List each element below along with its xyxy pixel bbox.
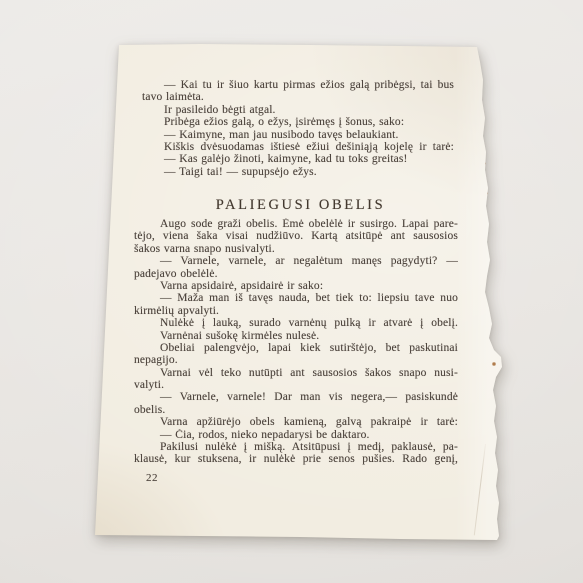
text-line: Obeliai palengvėjo, lapai kiek sutirštėj… <box>134 342 458 354</box>
foxing-spot <box>485 162 488 165</box>
text-line: — Kaimyne, man jau nusibodo tavęs belauk… <box>142 129 454 141</box>
text-line: šakos varna snapo nusivalyti. <box>134 243 458 255</box>
text-line: Varna apsidairė, apsidairė ir sako: <box>134 280 458 292</box>
text-line: — Taigi tai! — supupsėjo ežys. <box>142 166 454 178</box>
text-line: klausė, kur stuksena, ir nulėkė prie sen… <box>134 453 458 465</box>
page-shadow: — Kai tu ir šiuo kartu pirmas ežios galą… <box>0 0 583 583</box>
foxing-spot <box>491 329 494 333</box>
text-line: valyti. <box>134 379 458 391</box>
text-line: Varnėnai sušokę kirmėles nulesė. <box>134 330 458 342</box>
text-line: — Čia, rodos, nieko nepadarysi be daktar… <box>134 429 458 441</box>
text-line: — Maža man iš tavęs nauda, bet tiek to: … <box>134 292 458 304</box>
text-line: padejavo obelėlė. <box>134 268 458 280</box>
text-line: obelis. <box>134 404 458 416</box>
page-number: 22 <box>146 472 158 485</box>
story-text: Augo sode graži obelis. Ėmė obelėlė ir s… <box>134 218 458 466</box>
previous-story-ending: — Kai tu ir šiuo kartu pirmas ežios galą… <box>142 79 454 178</box>
text-line: Pakilusi nulėkė į mišką. Atsitūpusi į me… <box>134 441 458 453</box>
photo-backdrop: — Kai tu ir šiuo kartu pirmas ežios galą… <box>0 0 583 583</box>
text-line: Varna apžiūrėjo obels kamieną, galvą pak… <box>134 416 458 428</box>
text-line: — Kas galėjo žinoti, kaimyne, kad tu tok… <box>142 153 454 165</box>
text-line: tavo laimėta. <box>142 91 454 103</box>
book-page: — Kai tu ir šiuo kartu pirmas ežios galą… <box>0 0 583 583</box>
text-line: Kiškis dvėsuodamas ištiesė ežiui dešinią… <box>142 141 454 153</box>
text-line: Varnai vėl teko nutūpti ant sausosios ša… <box>134 367 458 379</box>
foxing-spot <box>492 362 496 366</box>
text-line: Nulėkė į lauką, surado varnėnų pulką ir … <box>134 317 458 329</box>
text-line: tėjo, viena šaka visai nudžiūvo. Kartą a… <box>134 230 458 242</box>
text-line: — Kai tu ir šiuo kartu pirmas ežios galą… <box>142 79 454 91</box>
torn-edge-highlight <box>455 45 503 540</box>
foxing-spot <box>487 192 490 195</box>
story-title: PALIEGUSI OBELIS <box>138 196 463 215</box>
text-line: kirmėlių apvalyti. <box>134 305 458 317</box>
text-line: — Varnele, varnele, ar negalėtum manęs p… <box>134 255 458 267</box>
text-line: nepagijo. <box>134 354 458 366</box>
page-crease <box>474 444 486 535</box>
text-line: Pribėga ežios galą, o ežys, įsirėmęs į š… <box>142 116 454 128</box>
text-line: — Varnele, varnele! Dar man vis negera,—… <box>134 391 458 403</box>
text-line: Augo sode graži obelis. Ėmė obelėlė ir s… <box>134 218 458 230</box>
text-line: Ir pasileido bėgti atgal. <box>142 104 454 116</box>
